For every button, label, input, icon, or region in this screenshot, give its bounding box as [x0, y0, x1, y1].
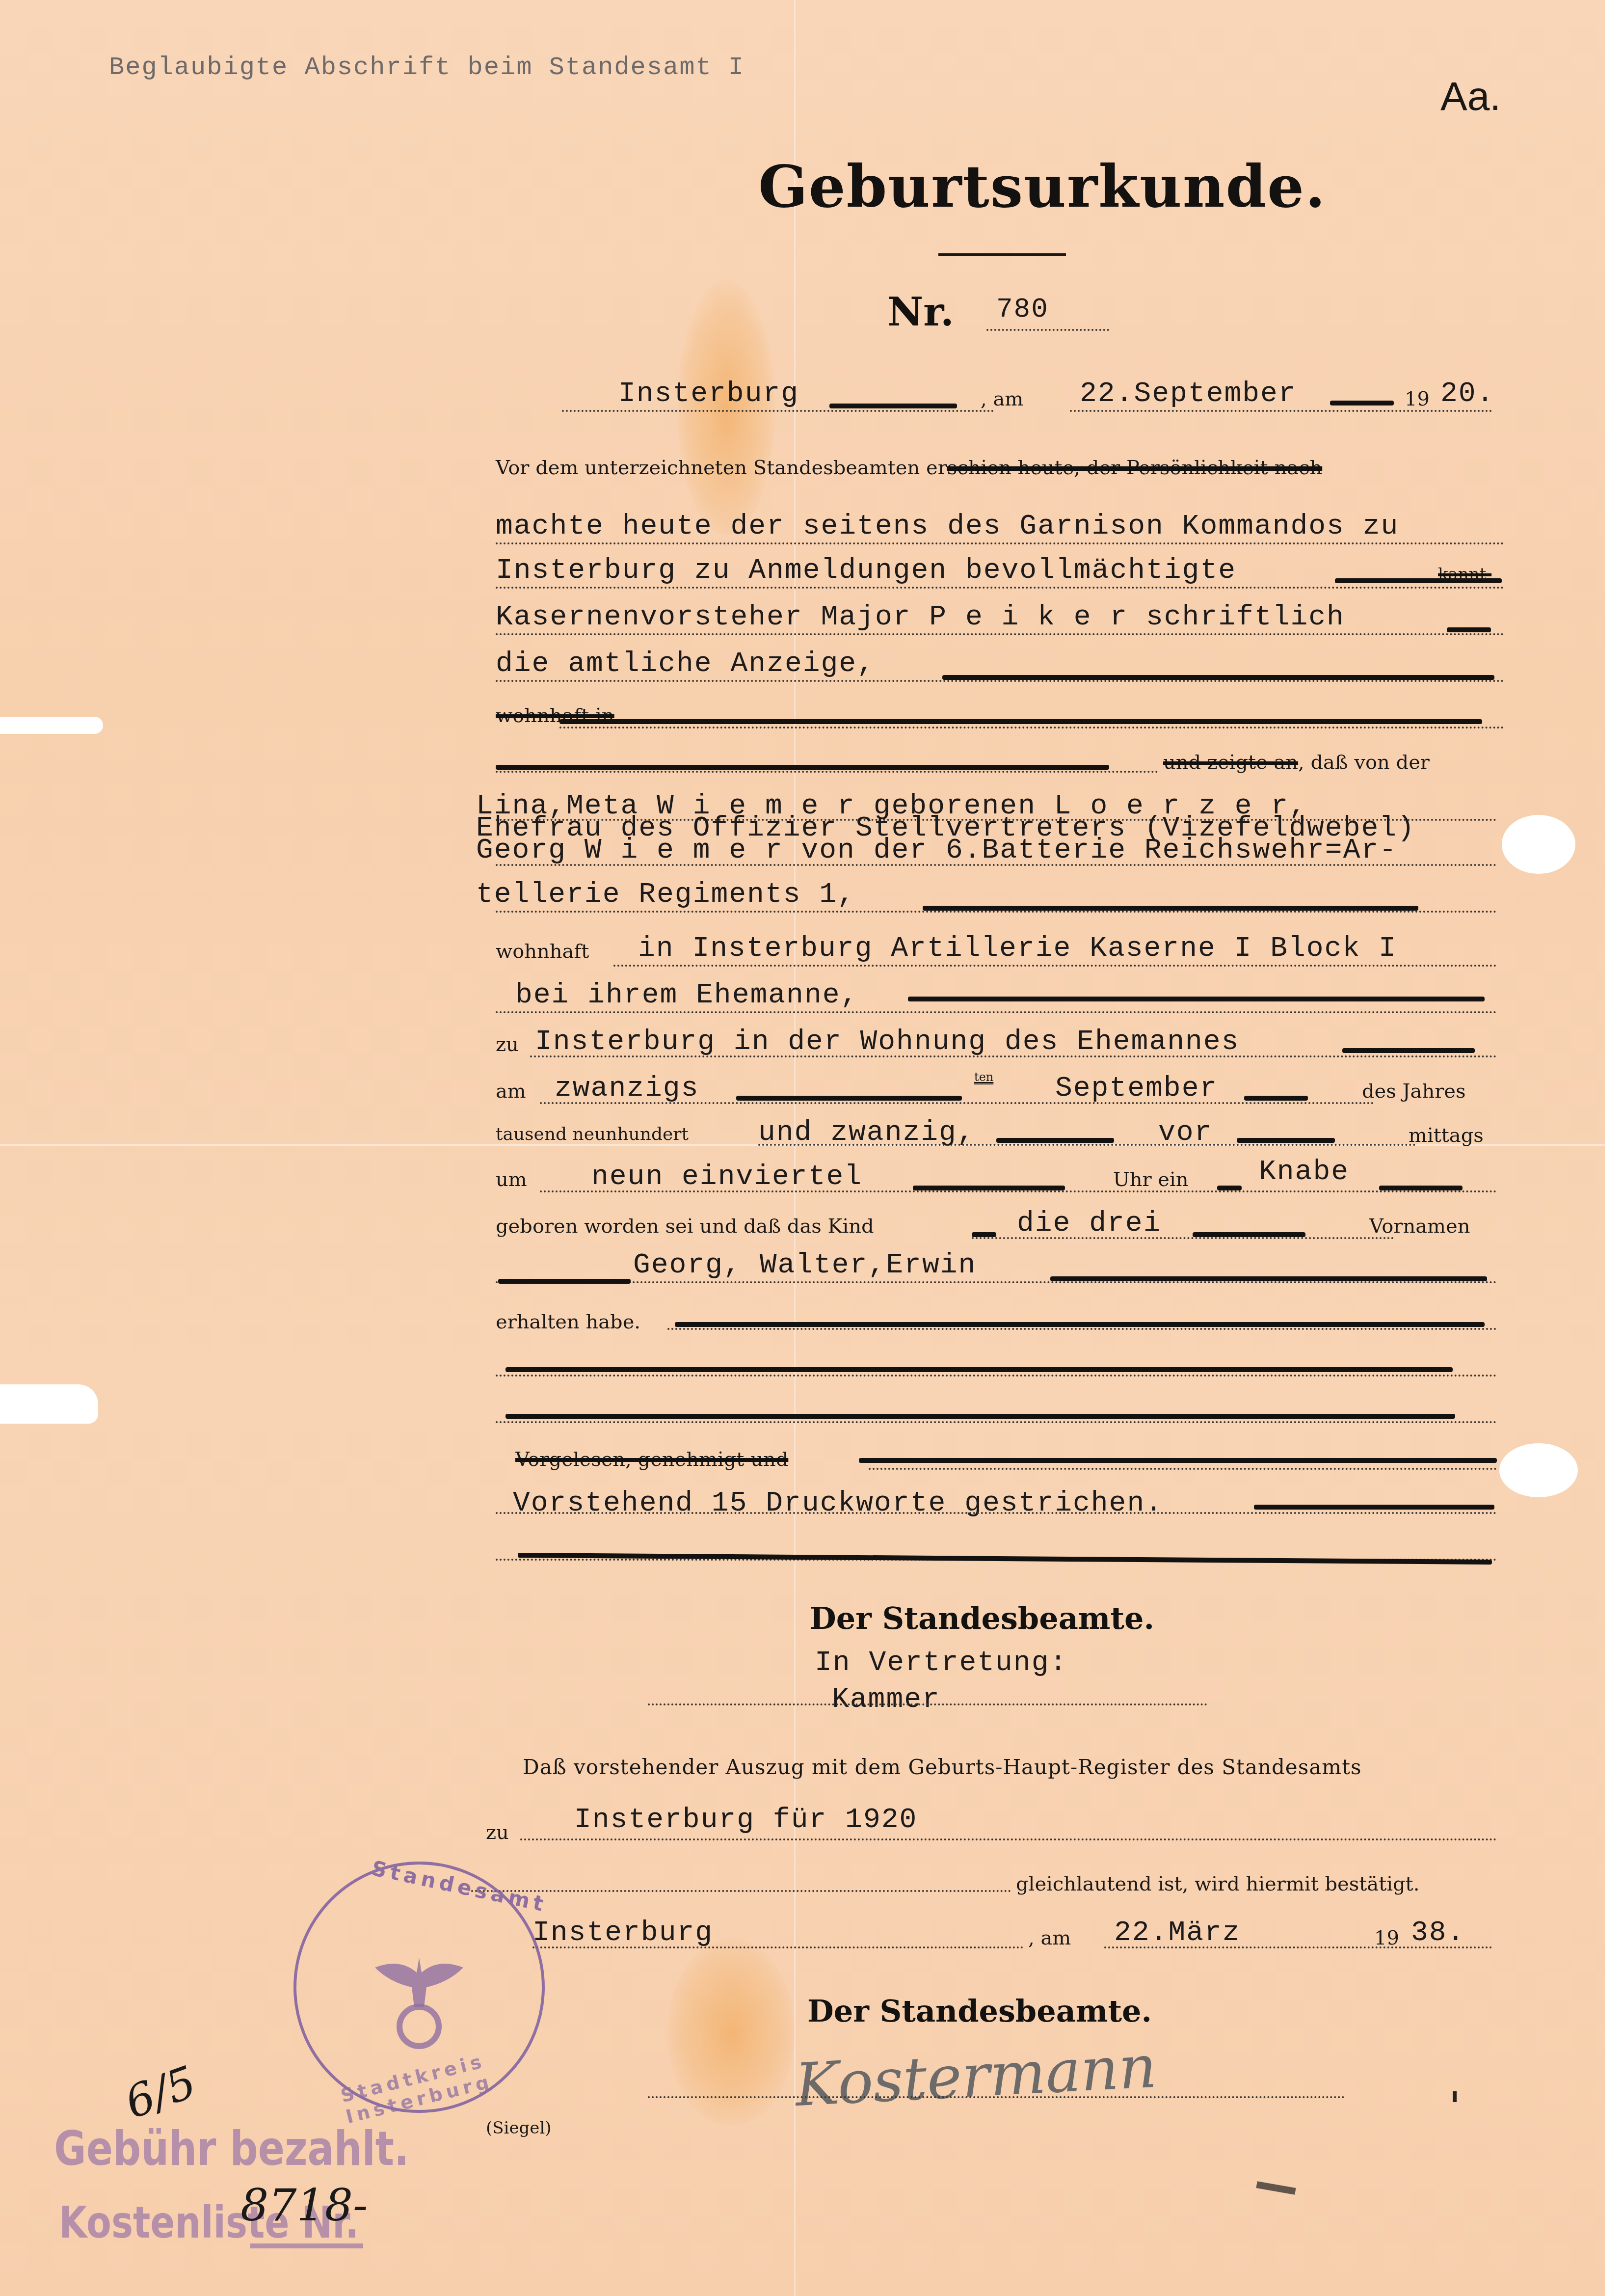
month-fill-bar [1244, 1096, 1308, 1101]
year-label: des Jahres [1362, 1080, 1465, 1103]
mother-dotted-4 [496, 911, 1497, 913]
registrar-name-1920: Kammer [832, 1684, 940, 1716]
residence-value: in Insterburg Artillerie Kaserne I Block… [638, 933, 1397, 965]
read-approved-struck: Vorgelesen, genehmigt und [515, 1448, 788, 1471]
child-sex: Knabe [1259, 1156, 1349, 1188]
handwritten-cost-number: 8718- [240, 2180, 368, 2231]
birthplace-dotted [530, 1055, 1497, 1057]
cert-year-prefix: 19 [1374, 1927, 1399, 1949]
blank-fill-bar-1 [506, 1367, 1453, 1372]
punch-hole-lower [1499, 1443, 1578, 1497]
body-line-4: Kasernenvorsteher Major P e i k e r schr… [496, 601, 1345, 633]
birthplace-fill-bar [1342, 1048, 1475, 1053]
punch-hole-upper [1502, 815, 1575, 874]
intro-printed: Vor dem unterzeichneten Standesbeamten e… [496, 457, 947, 479]
intro-printed-text: Vor dem unterzeichneten Standesbeamten e… [496, 457, 1322, 479]
blank-dotted-1 [496, 1375, 1497, 1377]
given-names-pre-bar [498, 1279, 631, 1284]
mother-line-4: tellerie Regiments 1, [476, 879, 855, 911]
um-label: um [496, 1168, 527, 1191]
birth-day: zwanzigs [555, 1073, 699, 1105]
form-code: Aa. [1440, 74, 1501, 120]
thousand-label: tausend neunhundert [496, 1124, 689, 1144]
birthplace-value: Insterburg in der Wohnung des Ehemannes [535, 1026, 1239, 1058]
dotted-line-2 [496, 542, 1504, 544]
registration-place: Insterburg [618, 378, 799, 410]
eagle-emblem-icon [370, 1938, 468, 2051]
fill-bar-5 [942, 675, 1494, 680]
birth-month: September [1055, 1073, 1218, 1105]
birthyear-dotted [758, 1144, 1416, 1146]
torn-edge-upper [0, 717, 103, 734]
cost-list-underline [250, 2243, 363, 2248]
dotted-line-4 [496, 633, 1504, 635]
names-count-dotted [972, 1237, 1394, 1239]
dass-von-der: , daß von der [1298, 751, 1430, 774]
register-value: Insterburg für 1920 [574, 1804, 917, 1836]
registration-date: 22.September [1080, 378, 1297, 410]
birthyear-fill-bar [996, 1138, 1114, 1143]
cert-zu-label: zu [486, 1821, 509, 1844]
dotted-line-3 [496, 587, 1504, 589]
read-approved-dotted [869, 1468, 1497, 1470]
struck-zeigte-an: und zeigte an [1163, 751, 1298, 774]
residence2-dotted [496, 1011, 1497, 1013]
registrar-title-1938: Der Standesbeamte. [807, 1993, 1152, 2029]
mother-line-3: Georg W i e m e r von der 6.Batterie Rei… [476, 835, 1397, 866]
fee-paid-stamp: Gebühr bezahlt. [54, 2121, 409, 2176]
number-dotted-line [986, 329, 1109, 331]
confirmation-dotted [471, 1890, 1011, 1892]
register-dotted [520, 1838, 1497, 1840]
registration-year: 20. [1440, 378, 1494, 410]
time-dotted [540, 1190, 1497, 1192]
meridiem-label: mittags [1409, 1124, 1484, 1147]
deletion-dotted [496, 1512, 1497, 1514]
registrar-1920-dotted [648, 1703, 1207, 1705]
page-right-edge [1605, 0, 1623, 2296]
intro-struck: schien heute, der Persönlichkeit nach [947, 457, 1322, 479]
year-prefix: 19 [1405, 388, 1430, 410]
deletion-note: Vorstehend 15 Druckworte gestrichen. [513, 1487, 1163, 1519]
line-7-text: und zeigte an, daß von der [1163, 751, 1430, 774]
number-label: Nr. [887, 289, 954, 335]
fill-bar-7 [496, 765, 1109, 770]
zu-label: zu [496, 1033, 519, 1056]
birthday-fill-bar [736, 1096, 962, 1101]
ink-speck [1453, 2091, 1457, 2102]
day-suffix: ten [974, 1070, 993, 1084]
date-fill-bar [1330, 401, 1394, 405]
cert-date: 22.März [1114, 1917, 1241, 1949]
names-label: Vornamen [1369, 1215, 1470, 1238]
names-count: die drei [1017, 1208, 1161, 1240]
received-dotted [667, 1328, 1497, 1330]
meridiem: vor [1158, 1117, 1212, 1149]
registrar-representation: In Vertretung: [815, 1647, 1067, 1679]
am-day-label: am [496, 1080, 526, 1103]
birthday-dotted [540, 1102, 1374, 1104]
dotted-line-6 [559, 727, 1504, 729]
signature-dotted [648, 2096, 1345, 2098]
place-fill-bar [829, 404, 957, 408]
fill-bar-6 [559, 719, 1482, 724]
residence-dotted [613, 965, 1497, 967]
read-approved-fill-bar [859, 1458, 1497, 1463]
received-label: erhalten habe. [496, 1311, 640, 1333]
fill-bar-4 [1447, 627, 1491, 632]
deletion-fill-bar [1254, 1505, 1494, 1510]
given-names-fill-bar [1050, 1276, 1487, 1281]
dotted-line-7 [496, 771, 1158, 773]
cert-place-dotted [532, 1946, 1023, 1948]
mother-dotted-3 [496, 864, 1497, 866]
names-pre-bar [972, 1232, 996, 1237]
cert-year: 38. [1411, 1917, 1465, 1949]
sex-pre-bar [1217, 1186, 1242, 1190]
struck-kannt: kannt, [1438, 565, 1491, 584]
birth-time: neun einviertel [591, 1161, 862, 1193]
received-fill-bar [675, 1322, 1485, 1327]
names-count-fill-bar [1193, 1232, 1305, 1237]
certification-statement: Daß vorstehender Auszug mit dem Geburts-… [523, 1755, 1362, 1779]
certified-copy-note: Beglaubigte Abschrift beim Standesamt I [109, 53, 745, 82]
residence-label: wohnhaft [496, 940, 589, 963]
document-title: Geburtsurkunde. [758, 152, 1326, 220]
given-names: Georg, Walter,Erwin [633, 1249, 976, 1281]
body-line-2: machte heute der seitens des Garnison Ko… [496, 511, 1399, 542]
blank-fill-bar-2 [506, 1414, 1455, 1419]
meridiem-fill-bar [1237, 1138, 1335, 1143]
body-line-3: Insterburg zu Anmeldungen bevollmächtigt… [496, 555, 1236, 587]
mother-fill-bar-4 [923, 906, 1418, 911]
cert-am-label: , am [1028, 1927, 1071, 1949]
dotted-line-5 [496, 680, 1504, 682]
sex-fill-bar [1379, 1186, 1463, 1190]
born-label: geboren worden sei und daß das Kind [496, 1215, 874, 1238]
residence-value-2: bei ihrem Ehemanne, [515, 979, 858, 1011]
title-divider [938, 253, 1066, 256]
registrar-title-1920: Der Standesbeamte. [810, 1600, 1154, 1636]
confirmation-text: gleichlautend ist, wird hiermit bestätig… [1016, 1873, 1419, 1895]
uhr-label: Uhr ein [1113, 1168, 1189, 1191]
certificate-number: 780 [996, 294, 1049, 325]
seal-label: (Siegel) [486, 2118, 552, 2138]
cert-place: Insterburg [532, 1917, 713, 1949]
torn-edge-lower [0, 1384, 98, 1424]
official-seal-stamp: Standesamt Stadtkreis Insterburg [293, 1862, 545, 2113]
body-line-5: die amtliche Anzeige, [496, 648, 875, 680]
given-names-dotted [496, 1281, 1497, 1283]
residence2-fill-bar [908, 997, 1485, 1001]
blank-dotted-2 [496, 1421, 1497, 1423]
time-fill-bar [913, 1186, 1065, 1190]
place-dotted-line [562, 410, 994, 412]
am-label: , am [981, 388, 1023, 410]
